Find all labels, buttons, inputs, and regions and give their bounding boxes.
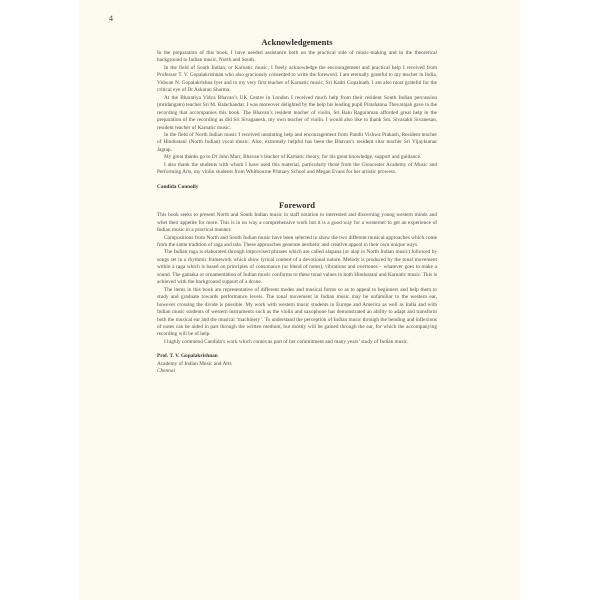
page-number: 4	[109, 14, 113, 23]
ack-paragraph: My great thanks go to Dr John Marr, Bhav…	[157, 154, 437, 161]
foreword-signature-name: Prof. T. V. Gopalakrishnan	[157, 353, 437, 360]
foreword-paragraph: The items in this book are representativ…	[157, 287, 437, 339]
foreword-signature-location: Chennai	[157, 368, 437, 375]
ack-signature: Candida Connolly	[157, 184, 437, 191]
ack-paragraph: In the field of South Indian, or Karnati…	[157, 65, 437, 95]
foreword-title: Foreword	[157, 199, 437, 211]
acknowledgements-section: Acknowledgements In the preparation of t…	[157, 36, 437, 191]
ack-paragraph: At the Bharatiya Vidya Bhavan’s UK Centr…	[157, 95, 437, 132]
ack-paragraph: In the preparation of this book, I have …	[157, 50, 437, 65]
ack-paragraph: In the field of North Indian music I rec…	[157, 132, 437, 154]
acknowledgements-title: Acknowledgements	[157, 36, 437, 48]
foreword-section: Foreword This book seeks to present Nort…	[157, 199, 437, 376]
foreword-signature-affiliation: Academy of Indian Music and Arts	[157, 361, 437, 368]
foreword-paragraph: Compositions from North and South Indian…	[157, 235, 437, 250]
foreword-paragraph: I highly commend Candida’s work which co…	[157, 339, 437, 346]
foreword-paragraph: This book seeks to present North and Sou…	[157, 212, 437, 234]
ack-paragraph: I also thank the students with whom I ha…	[157, 162, 437, 177]
page-content: Acknowledgements In the preparation of t…	[157, 36, 437, 376]
foreword-paragraph: The Indian raga is elaborated through im…	[157, 249, 437, 286]
